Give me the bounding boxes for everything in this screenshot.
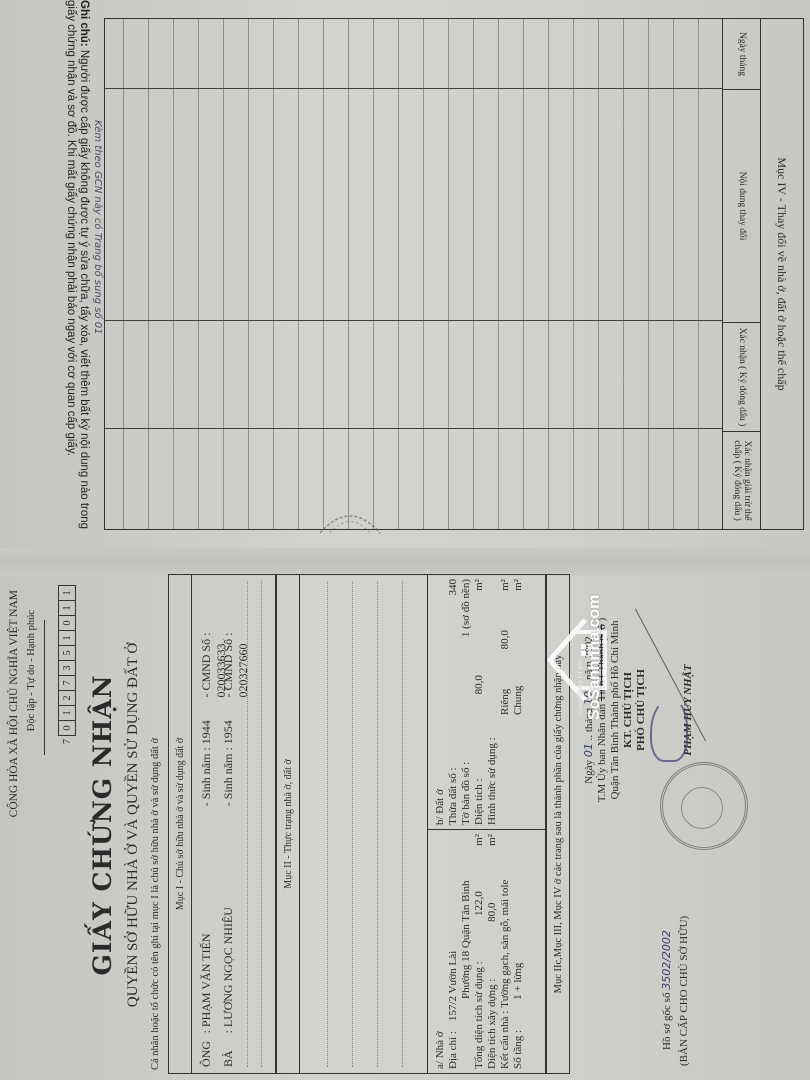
blank-column	[105, 321, 723, 429]
dat-o-label: b/ Đất ở	[434, 579, 447, 825]
certificate-subtitle: QUYỀN SỞ HỮU NHÀ Ở VÀ QUYỀN SỬ DỤNG ĐẤT …	[125, 570, 142, 1080]
serial-number: 7 0 1 2 7 3 5 1 0 1 1	[58, 585, 76, 744]
muc4-header-row: Ngày tháng Nội dung thay đổi Xác nhận ( …	[722, 19, 761, 529]
intro-text: Cá nhân hoặc tổ chức có tên ghi tại mục …	[150, 738, 161, 1070]
blank-column	[105, 429, 723, 529]
ho-so-value: 3502/2002	[660, 930, 673, 990]
serial-digit: 1	[58, 585, 76, 601]
field-label: Số tầng :	[512, 1030, 525, 1069]
serial-digit: 2	[58, 690, 76, 706]
serial-digit: 1	[58, 705, 76, 721]
muc1-title: Mục I - Chủ sở hữu nhà ở và sử dụng đất …	[169, 575, 192, 1073]
unit: m²	[473, 834, 486, 846]
certificate-title: GIẤY CHỨNG NHẬN	[88, 570, 117, 1080]
dotted-line	[327, 581, 328, 1067]
muc2-detail: a/ Nhà ở Địa chỉ : 157/2 Vườn Lài Phường…	[427, 575, 545, 1073]
field-label: Địa chỉ :	[447, 1031, 460, 1069]
ho-so-label: Hồ sơ gốc số	[661, 993, 673, 1050]
unit: m²	[499, 579, 512, 591]
nha-o-block: a/ Nhà ở Địa chỉ : 157/2 Vườn Lài Phường…	[428, 829, 545, 1073]
motto: Độc lập - Tự do - Hạnh phúc	[26, 610, 37, 731]
upper-page: Mục IV - Thay đổi về nhà ở, đất ở hoặc t…	[0, 0, 810, 540]
dia-chi-row2: Phường 18 Quận Tân Bình	[460, 834, 473, 1069]
blank-column	[105, 19, 723, 89]
field-label: Diện tích xây dựng :	[486, 979, 499, 1069]
muc2-section: Mục II - Thực trạng nhà ở, đất ở a/ Nhà …	[276, 574, 546, 1074]
field-value: Phường 18 Quận Tân Bình	[460, 880, 473, 999]
dien-tich-row: Diện tích : 80,0 m²	[473, 579, 486, 825]
serial-digit: 1	[58, 630, 76, 646]
field-value: 122,0	[473, 891, 486, 916]
field-value: 80,0	[486, 903, 499, 922]
serial-prefix: 7	[62, 739, 73, 744]
so-tang-row: Số tầng : 1 + lửng	[512, 834, 525, 1069]
dien-tich-xd-row: Diện tích xây dựng : 80,0 m²	[486, 834, 499, 1069]
dotted-line	[377, 581, 378, 1067]
signature-scribble-icon	[650, 698, 688, 762]
to-ban-do-row: Tờ bản đồ số : 1 (sơ đồ nền)	[460, 579, 473, 825]
ghi-chu-label: Ghi chú:	[78, 0, 90, 47]
motto-underline	[44, 620, 45, 755]
official-seal-icon	[660, 762, 748, 850]
chung-row: Chung m²	[512, 579, 525, 825]
nha-o-label: a/ Nhà ở	[434, 834, 447, 1069]
dat-o-block: b/ Đất ở Thửa đất số : 340 Tờ bản đồ số …	[428, 575, 545, 829]
field-label: Kết cấu nhà :	[499, 1011, 512, 1069]
date-label: Ngày	[583, 760, 595, 784]
serial-digit: 0	[58, 720, 76, 736]
col-date: Ngày tháng	[723, 19, 761, 90]
muc4-table: Mục IV - Thay đổi về nhà ở, đất ở hoặc t…	[104, 18, 804, 530]
field-value: 1 (sơ đồ nền)	[460, 579, 473, 637]
dotted-line	[352, 581, 353, 1067]
serial-digit: 3	[58, 660, 76, 676]
serial-digit: 7	[58, 675, 76, 691]
field-value: 340	[447, 579, 460, 596]
col-content: Nội dung thay đổi	[723, 90, 761, 323]
muc4-title: Mục IV - Thay đổi về nhà ở, đất ở hoặc t…	[760, 19, 803, 529]
col-confirm: Xác nhận ( Ký đóng dấu )	[723, 323, 761, 432]
muc2-title: Mục II - Thực trạng nhà ở, đất ở	[277, 575, 300, 1073]
dia-chi-row: Địa chỉ : 157/2 Vườn Lài	[447, 834, 460, 1069]
serial-digit: 1	[58, 600, 76, 616]
serial-digit: 0	[58, 615, 76, 631]
unit: m²	[512, 579, 525, 591]
field-label: Diện tích :	[473, 779, 486, 825]
handwritten-note: Kèm theo GCN này có Trang bổ sung số 01	[92, 120, 103, 334]
thua-dat-row: Thửa đất số : 340	[447, 579, 460, 825]
unit: m²	[473, 579, 486, 591]
unit: m²	[486, 834, 499, 846]
field-value: 80,0	[499, 630, 512, 649]
dotted-line	[261, 581, 262, 1067]
field-value: 1 + lửng	[512, 963, 525, 1030]
col-release: Xác nhận giải trừ thế chấp ( Ký đóng dấu…	[723, 432, 761, 529]
ket-cau-row: Kết cấu nhà : Tường gạch, sàn gỗ, mái to…	[499, 834, 512, 1069]
front-page: CỘNG HÒA XÃ HỘI CHỦ NGHĨA VIỆT NAM Độc l…	[0, 570, 810, 1080]
field-label: Chung	[512, 686, 525, 715]
rieng-row: Riêng 80,0 m²	[499, 579, 512, 825]
house-logo-icon	[545, 600, 625, 720]
field-label: Thửa đất số :	[447, 767, 460, 825]
field-value: 157/2 Vườn Lài	[447, 834, 460, 1031]
watermark-brand: SoSanhnha.com	[586, 595, 604, 720]
ho-so-goc: Hồ sơ gốc số 3502/2002	[660, 930, 673, 1050]
republic-header: CỘNG HÒA XÃ HỘI CHỦ NGHĨA VIỆT NAM	[8, 570, 20, 1080]
date-day: 01	[582, 743, 595, 757]
blank-column	[105, 89, 723, 321]
muc4-body	[105, 19, 723, 529]
field-label: Tổng diện tích sử dụng :	[473, 961, 486, 1069]
watermark-tagline: Great choice for you	[578, 660, 584, 714]
ban-cap-note: (BẢN CẤP CHO CHỦ SỞ HỮU)	[678, 916, 690, 1066]
stamp-fragment-icon	[315, 505, 385, 535]
dotted-line	[402, 581, 403, 1067]
serial-digit: 5	[58, 645, 76, 661]
field-label: Tờ bản đồ số :	[460, 762, 473, 825]
field-value: Tường gạch, sàn gỗ, mái tole	[499, 880, 512, 1008]
muc1-section: Mục I - Chủ sở hữu nhà ở và sử dụng đất …	[168, 574, 276, 1074]
ghi-chu-text: Người được cấp giấy không được tự ý sửa …	[65, 0, 90, 529]
field-value: 80,0	[473, 675, 486, 694]
ghi-chu-note: Ghi chú: Người được cấp giấy không được …	[64, 0, 90, 535]
tong-dien-tich-row: Tổng diện tích sử dụng : 122,0 m²	[473, 834, 486, 1069]
field-label: Riêng	[499, 689, 512, 715]
hinh-thuc-label: Hình thức sử dụng :	[486, 579, 499, 825]
dotted-line	[247, 581, 248, 1067]
